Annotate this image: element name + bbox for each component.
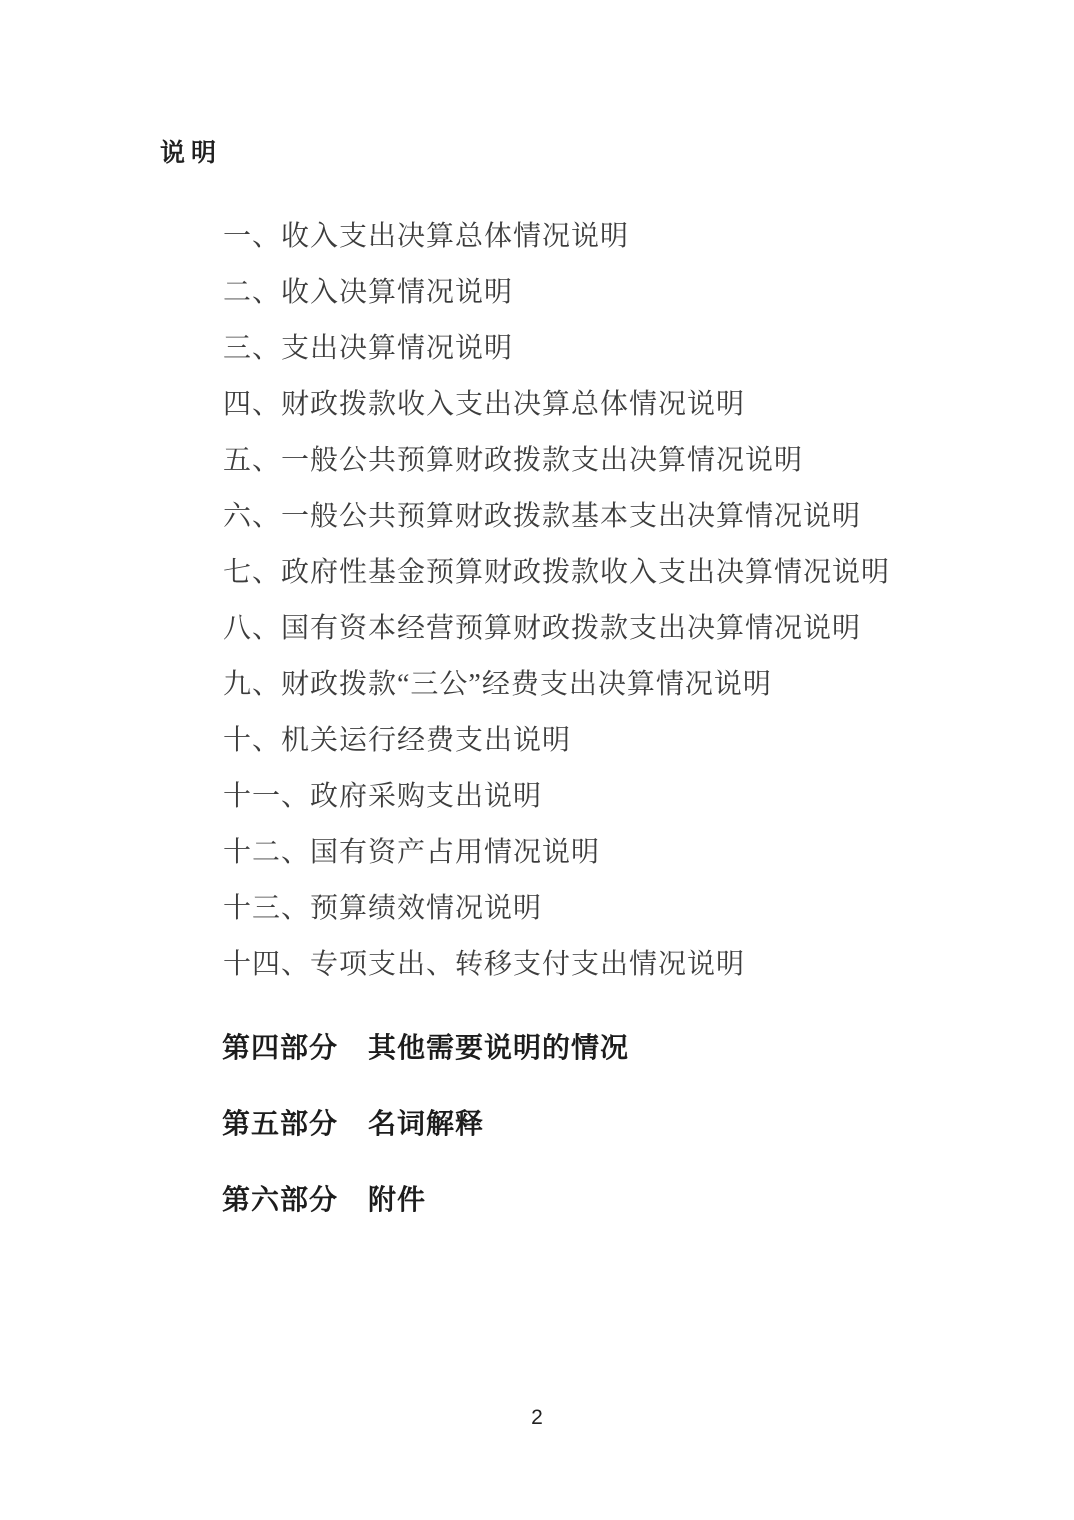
toc-item: 十三、预算绩效情况说明 [223,881,890,937]
toc-item: 十一、政府采购支出说明 [223,769,890,825]
part-number: 第四部分 [222,1032,338,1063]
part-heading-row: 第六部分附件 [222,1162,629,1238]
part-title: 名词解释 [368,1108,484,1139]
toc-item: 八、国有资本经营预算财政拨款支出决算情况说明 [223,601,890,657]
part-heading-row: 第五部分名词解释 [222,1086,629,1162]
part-title: 附件 [368,1184,426,1215]
page-number: 2 [0,1406,1074,1430]
part-title: 其他需要说明的情况 [368,1032,629,1063]
part-headings: 第四部分其他需要说明的情况 第五部分名词解释 第六部分附件 [222,1010,629,1238]
toc-item: 一、收入支出决算总体情况说明 [223,209,890,265]
toc-item: 六、一般公共预算财政拨款基本支出决算情况说明 [223,489,890,545]
toc-item: 十、机关运行经费支出说明 [223,713,890,769]
document-page: 说明 一、收入支出决算总体情况说明二、收入决算情况说明三、支出决算情况说明四、财… [0,0,1074,1520]
notes-heading: 说明 [160,139,222,168]
toc-item: 七、政府性基金预算财政拨款收入支出决算情况说明 [223,545,890,601]
toc-item: 二、收入决算情况说明 [223,265,890,321]
toc-list: 一、收入支出决算总体情况说明二、收入决算情况说明三、支出决算情况说明四、财政拨款… [223,209,890,993]
part-number: 第五部分 [222,1108,338,1139]
toc-item: 十四、专项支出、转移支付支出情况说明 [223,937,890,993]
part-heading-row: 第四部分其他需要说明的情况 [222,1010,629,1086]
toc-item: 三、支出决算情况说明 [223,321,890,377]
toc-item: 十二、国有资产占用情况说明 [223,825,890,881]
toc-item: 四、财政拨款收入支出决算总体情况说明 [223,377,890,433]
toc-item: 五、一般公共预算财政拨款支出决算情况说明 [223,433,890,489]
toc-item: 九、财政拨款“三公”经费支出决算情况说明 [223,657,890,713]
part-number: 第六部分 [222,1184,338,1215]
